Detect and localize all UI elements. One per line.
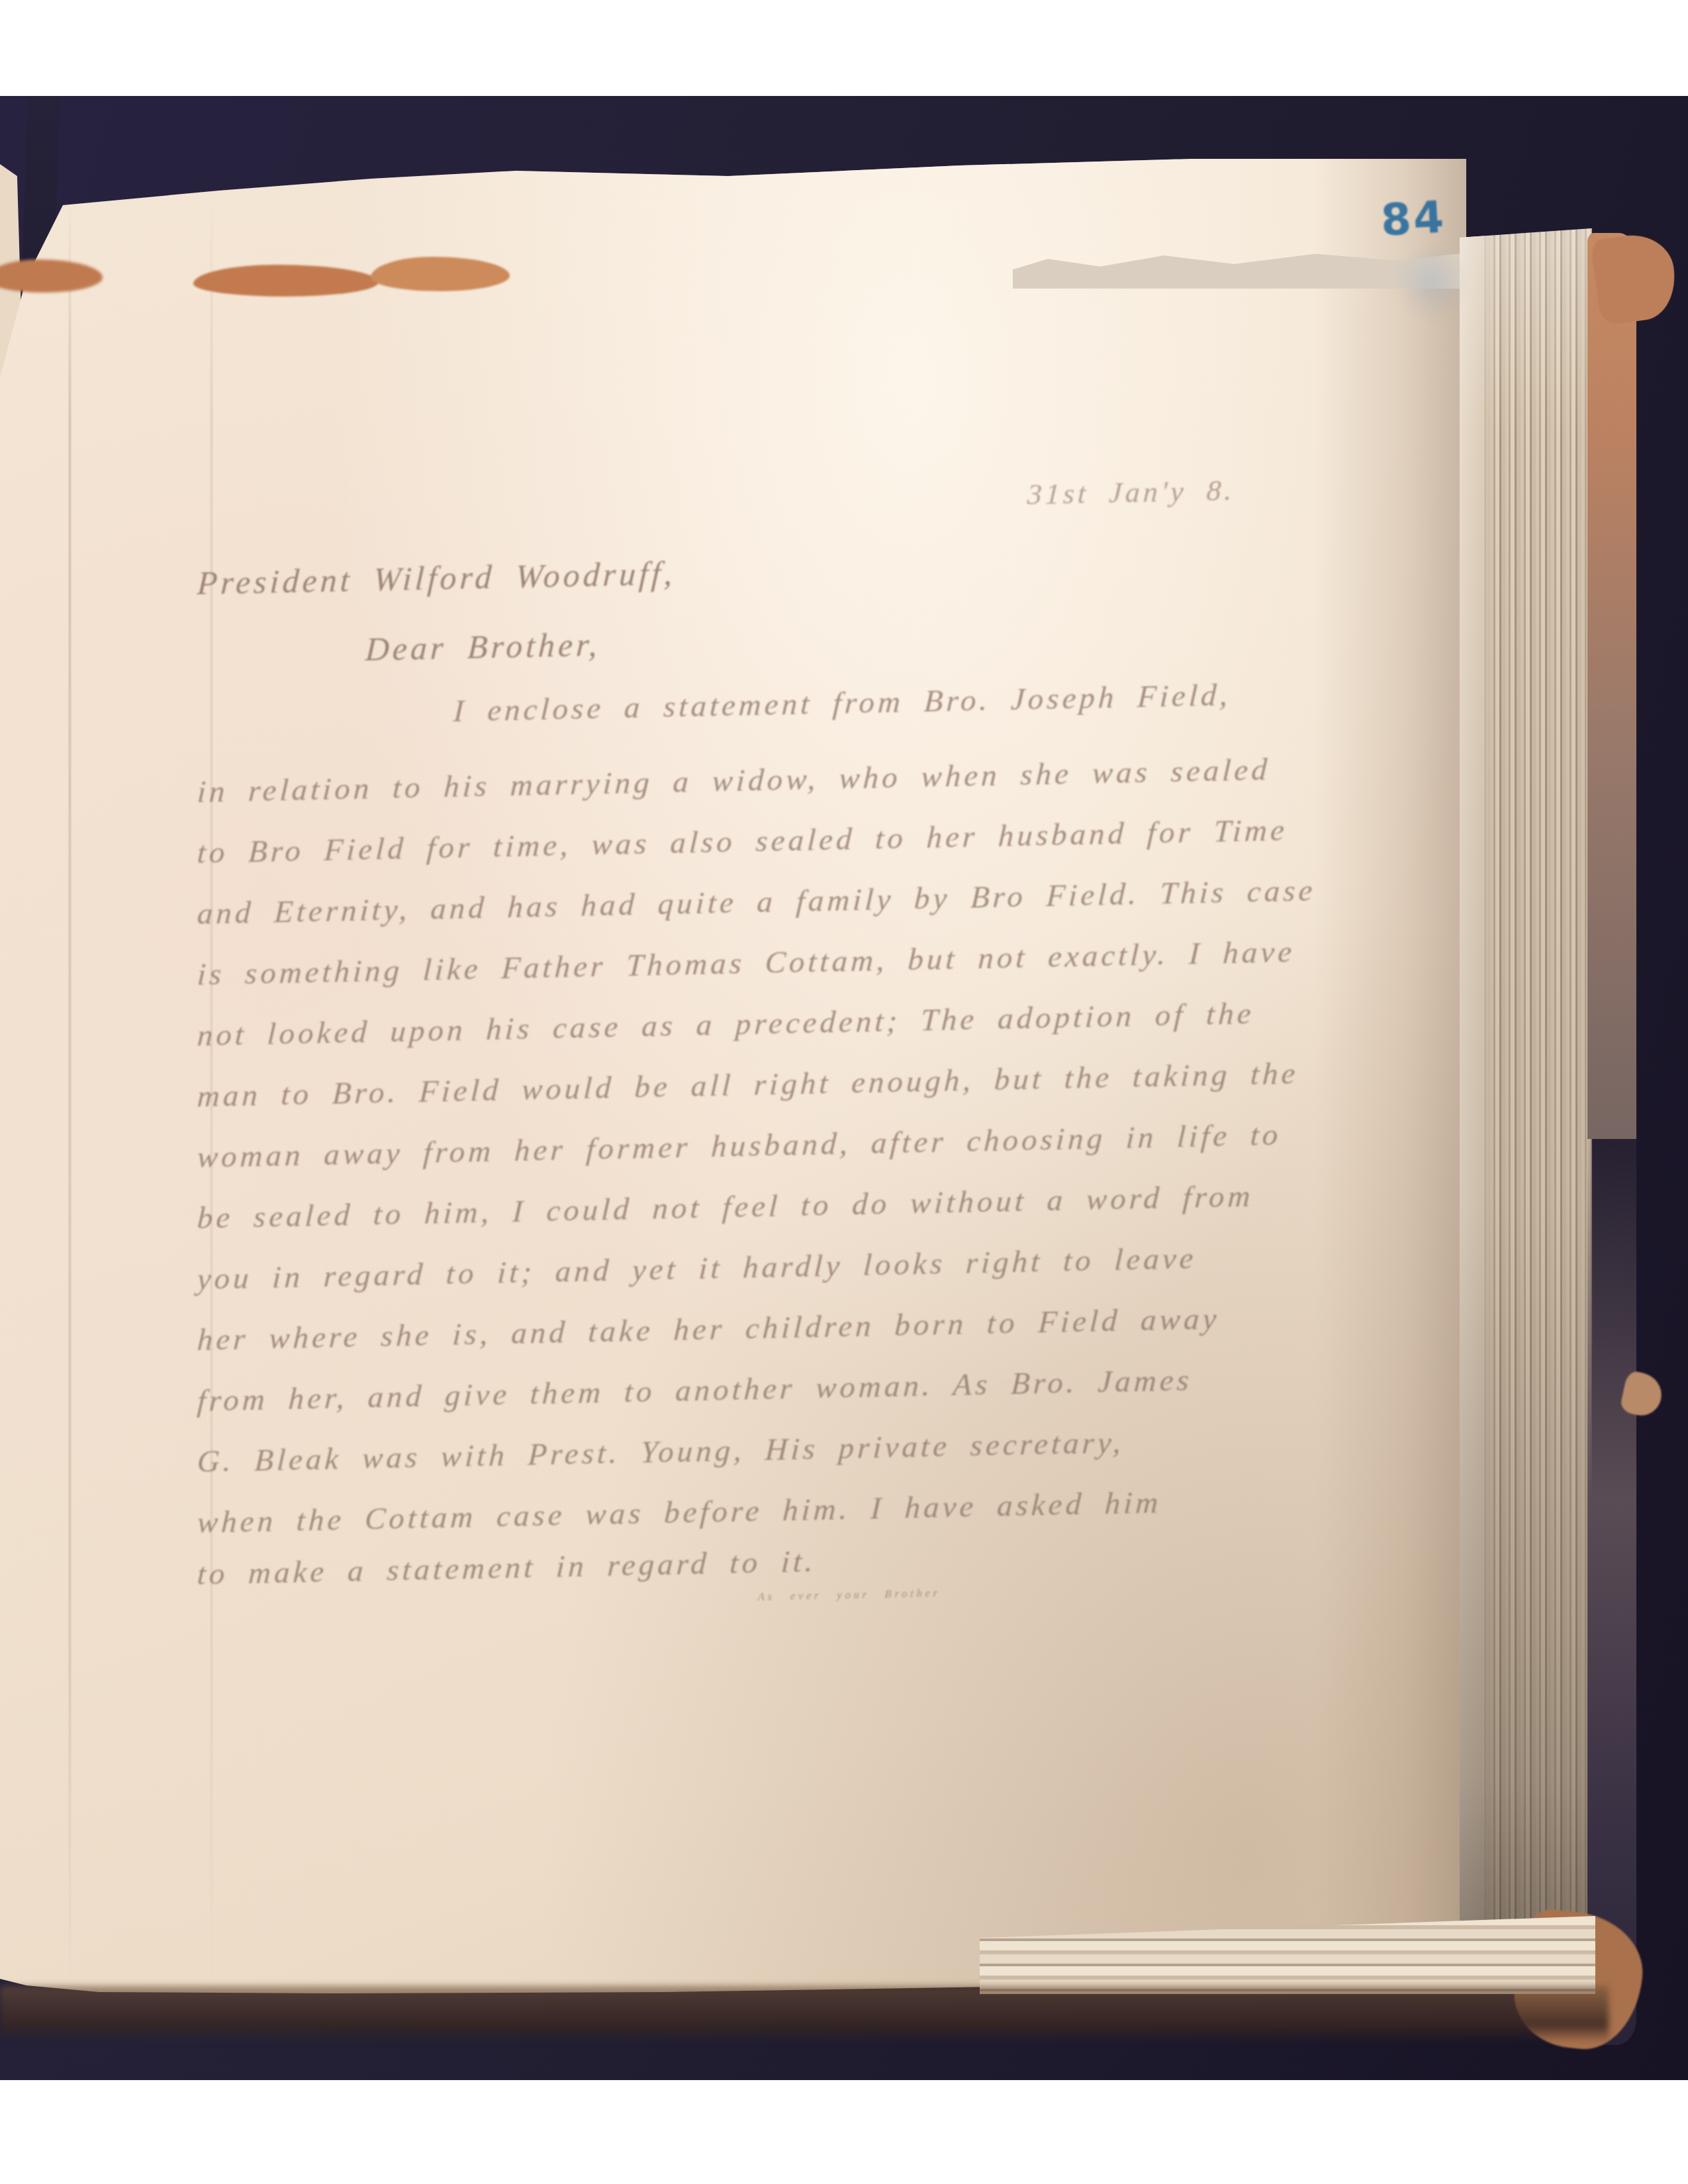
letter-dateline: 31st Jan'y 8. — [1027, 473, 1236, 512]
book-fore-edge — [1460, 228, 1592, 1989]
page-number-stamp: 84 — [1380, 191, 1447, 246]
letter-salutation: Dear Brother, — [365, 625, 602, 669]
manuscript-scan: 84 31st Jan'y 8. President Wilford Woodr… — [0, 0, 1688, 2184]
fore-edge-shading — [1460, 228, 1592, 1989]
page-curl-shadow — [1314, 159, 1466, 1995]
book-cover-edge — [1587, 233, 1636, 2045]
book-bottom-shadow — [0, 1985, 1609, 2042]
ink-smudge — [1395, 244, 1468, 323]
page-crease — [69, 199, 71, 1985]
